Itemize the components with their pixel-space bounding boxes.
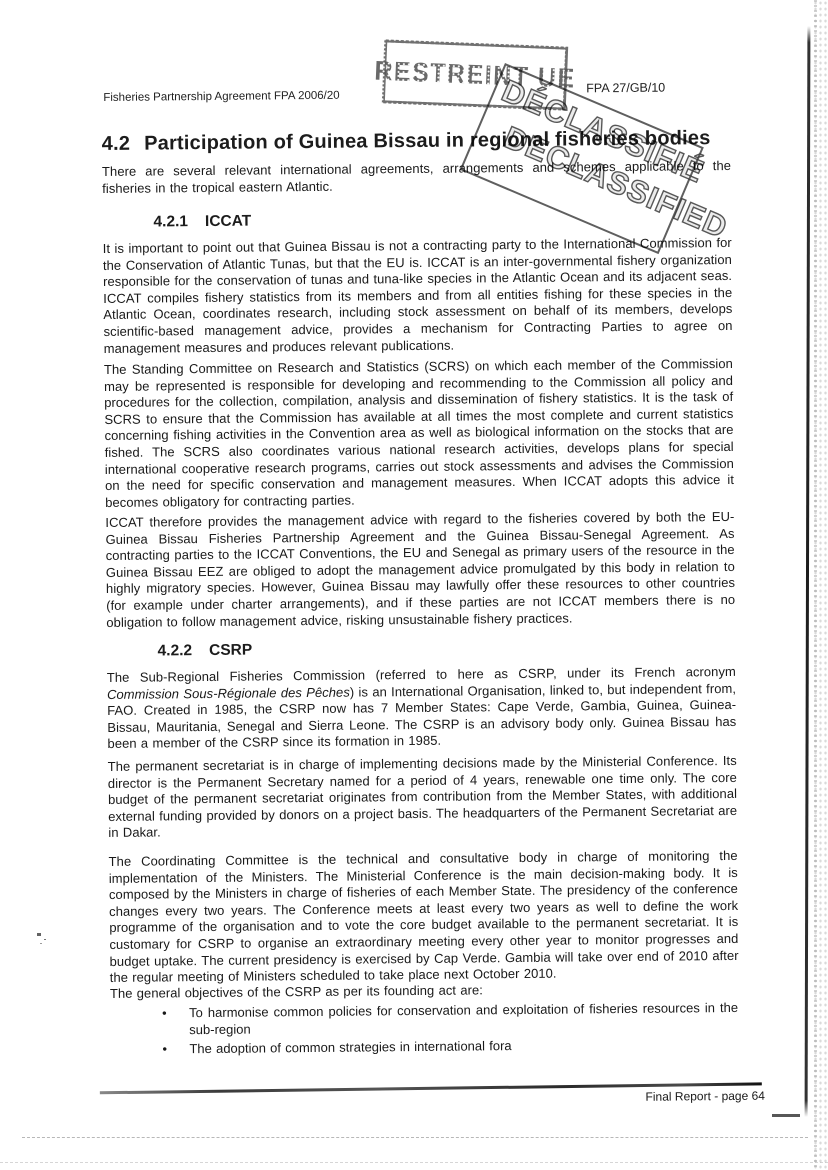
subsection-title: CSRP: [209, 642, 252, 659]
paragraph-iccat-3: ICCAT therefore provides the management …: [105, 509, 735, 631]
objectives-list: • To harmonise common policies for conse…: [162, 1000, 739, 1061]
scan-edge-texture: [813, 0, 828, 1170]
paragraph-csrp-1: The Sub-Regional Fisheries Commission (r…: [107, 664, 737, 753]
subsection-title: ICCAT: [205, 213, 251, 230]
list-item-text: The adoption of common strategies in int…: [189, 1036, 738, 1058]
page-footer: Final Report - page 64: [562, 1089, 765, 1105]
section-number: 4.2: [102, 133, 131, 156]
document-page: Fisheries Partnership Agreement FPA 2006…: [0, 0, 828, 1170]
french-acronym-italic: Commission Sous-Régionale des Pêches: [107, 684, 350, 701]
subsection-heading-iccat: 4.2.1ICCAT: [153, 213, 251, 232]
bullet-icon: •: [162, 1005, 189, 1038]
list-item: • To harmonise common policies for conse…: [162, 1000, 738, 1039]
subsection-number: 4.2.2: [158, 642, 193, 660]
paragraph-csrp-2: The permanent secretariat is in charge o…: [108, 753, 738, 842]
list-item: • The adoption of common strategies in i…: [162, 1036, 738, 1058]
paragraph-iccat-1: It is important to point out that Guinea…: [103, 235, 733, 357]
page-content: Fisheries Partnership Agreement FPA 2006…: [0, 0, 828, 1170]
ink-smudge: [37, 933, 41, 936]
scan-page-edge-mark: [772, 1114, 800, 1117]
header-left: Fisheries Partnership Agreement FPA 2006…: [103, 90, 339, 104]
paragraph-iccat-2: The Standing Committee on Research and S…: [104, 356, 734, 511]
header-right: FPA 27/GB/10: [586, 81, 665, 96]
bullet-icon: •: [162, 1041, 189, 1058]
subsection-number: 4.2.1: [153, 213, 188, 231]
scan-artifact-dotted-line: [22, 1137, 808, 1138]
list-item-text: To harmonise common policies for conserv…: [189, 1000, 738, 1038]
paragraph-csrp-3: The Coordinating Committee is the techni…: [109, 848, 739, 987]
scan-artifact-dotted-line-2: [0, 1162, 828, 1163]
subsection-heading-csrp: 4.2.2CSRP: [158, 642, 253, 661]
